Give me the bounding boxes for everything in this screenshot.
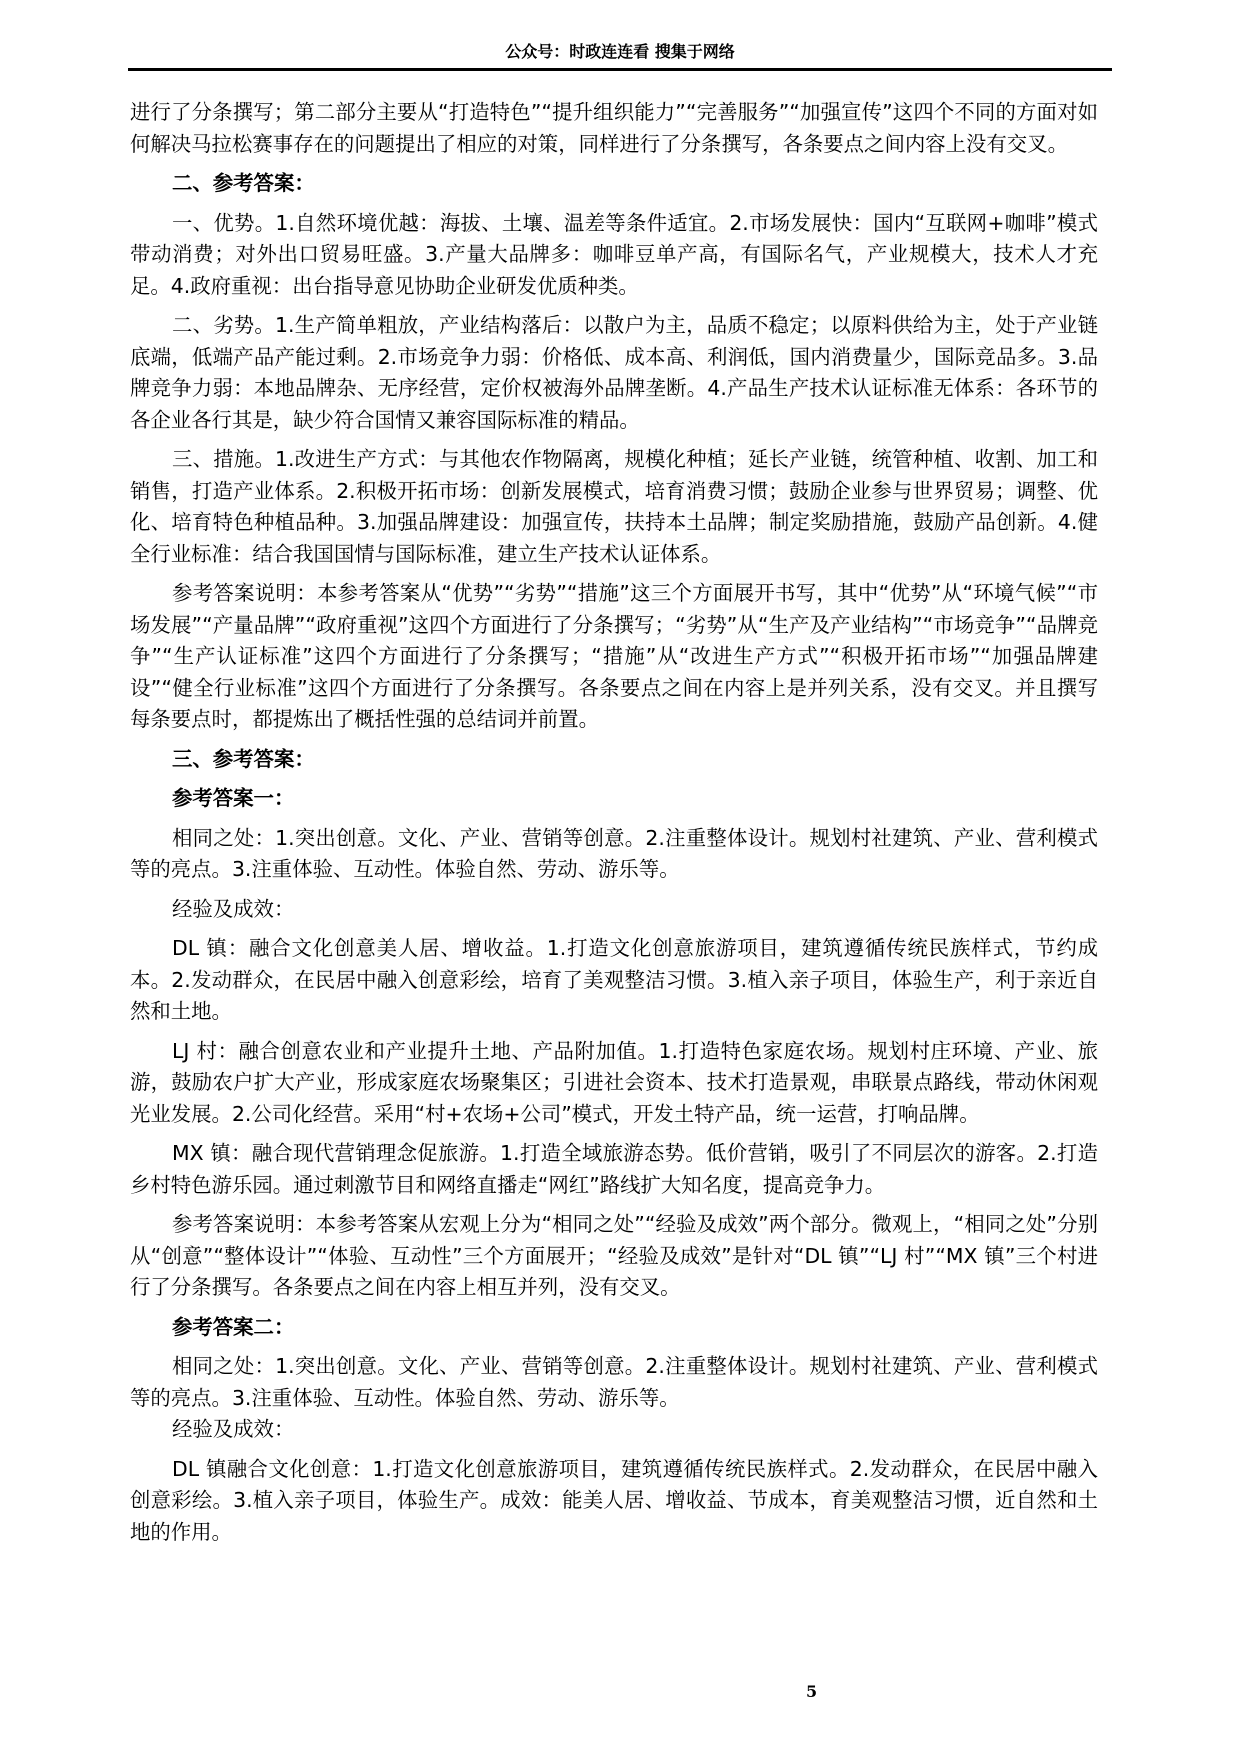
paragraph: LJ 村：融合创意农业和产业提升土地、产品附加值。1.打造特色家庭农场。规划村庄…: [130, 1036, 1098, 1131]
paragraph: 相同之处：1.突出创意。文化、产业、营销等创意。2.注重整体设计。规划村社建筑、…: [130, 1351, 1098, 1414]
paragraph: MX 镇：融合现代营销理念促旅游。1.打造全域旅游态势。低价营销，吸引了不同层次…: [130, 1138, 1098, 1201]
paragraph: 三、措施。1.改进生产方式：与其他农作物隔离，规模化种植；延长产业链，统管种植、…: [130, 444, 1098, 570]
paragraph: 参考答案说明：本参考答案从“优势”“劣势”“措施”这三个方面展开书写，其中“优势…: [130, 578, 1098, 736]
header-text: 公众号：时政连连看 搜集于网络: [505, 42, 735, 61]
paragraph: 进行了分条撰写；第二部分主要从“打造特色”“提升组织能力”“完善服务”“加强宣传…: [130, 97, 1098, 160]
subsection-heading: 参考答案一：: [130, 783, 1098, 815]
page-number: 5: [806, 1682, 817, 1701]
paragraph: 经验及成效：: [130, 894, 1098, 926]
section-heading: 二、参考答案：: [130, 168, 1098, 200]
paragraph: DL 镇融合文化创意：1.打造文化创意旅游项目，建筑遵循传统民族样式。2.发动群…: [130, 1454, 1098, 1549]
page-header: 公众号：时政连连看 搜集于网络: [128, 40, 1112, 71]
section-heading: 三、参考答案：: [130, 744, 1098, 776]
paragraph: 经验及成效：: [130, 1414, 1098, 1446]
paragraph: 一、优势。1.自然环境优越：海拔、土壤、温差等条件适宜。2.市场发展快：国内“互…: [130, 208, 1098, 303]
paragraph: 二、劣势。1.生产简单粗放，产业结构落后：以散户为主，品质不稳定；以原料供给为主…: [130, 310, 1098, 436]
paragraph: 相同之处：1.突出创意。文化、产业、营销等创意。2.注重整体设计。规划村社建筑、…: [130, 823, 1098, 886]
paragraph: 参考答案说明：本参考答案从宏观上分为“相同之处”“经验及成效”两个部分。微观上，…: [130, 1209, 1098, 1304]
paragraph: DL 镇：融合文化创意美人居、增收益。1.打造文化创意旅游项目，建筑遵循传统民族…: [130, 933, 1098, 1028]
document-body: 进行了分条撰写；第二部分主要从“打造特色”“提升组织能力”“完善服务”“加强宣传…: [130, 97, 1098, 1556]
subsection-heading: 参考答案二：: [130, 1312, 1098, 1344]
